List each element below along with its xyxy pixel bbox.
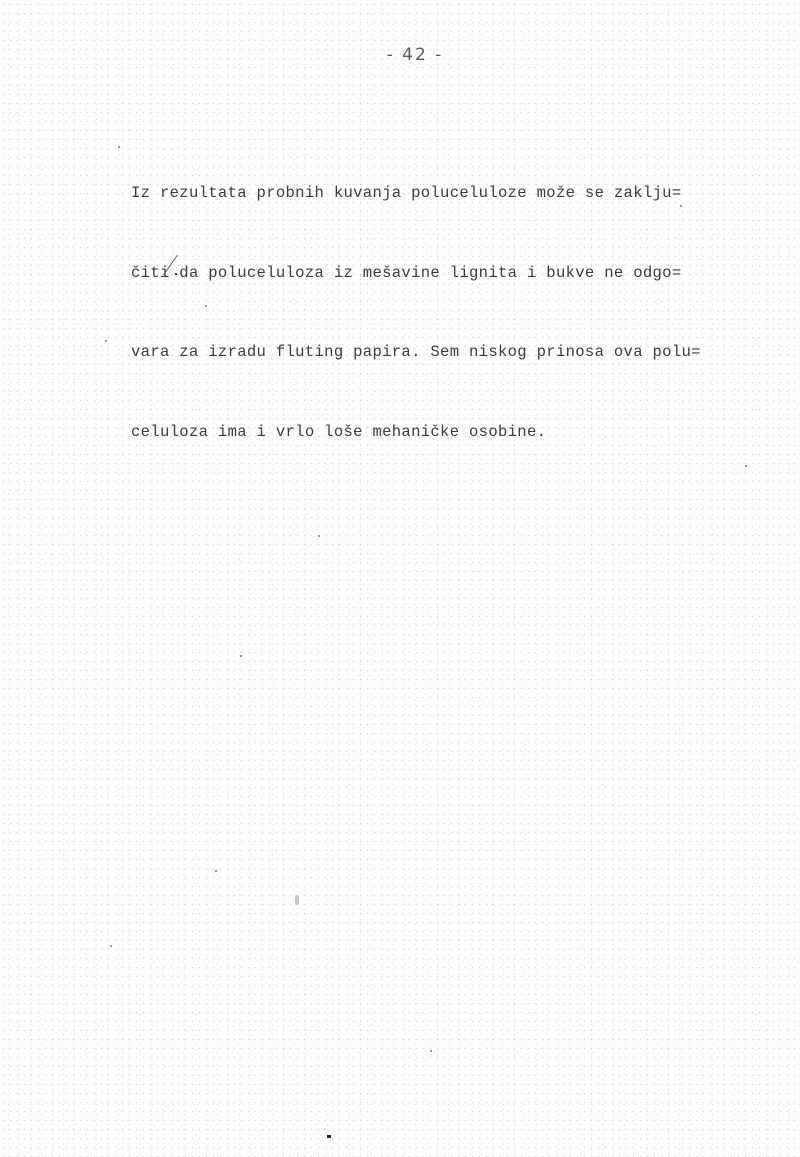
paragraph-line: celuloza ima i vrlo loše mehaničke osobi…	[131, 419, 791, 446]
scan-speck	[215, 870, 217, 872]
scan-speck	[240, 655, 242, 657]
scan-speck	[680, 205, 682, 207]
page-number: - 42 -	[0, 45, 800, 65]
stray-dot	[327, 1135, 331, 1138]
body-paragraph: Iz rezultata probnih kuvanja poluceluloz…	[131, 127, 791, 498]
stray-dot	[175, 273, 177, 275]
paragraph-line: Iz rezultata probnih kuvanja poluceluloz…	[131, 180, 791, 207]
scan-speck	[110, 945, 112, 947]
scan-speck	[105, 340, 107, 342]
scan-speck	[318, 535, 320, 537]
scan-speck	[205, 305, 207, 307]
scan-smudge	[295, 895, 299, 905]
paragraph-line: vara za izradu fluting papira. Sem nisko…	[131, 339, 791, 366]
document-page: - 42 - Iz rezultata probnih kuvanja polu…	[0, 0, 800, 1157]
paragraph-line: čiti da poluceluloza iz mešavine lignita…	[131, 260, 791, 287]
scan-speck	[118, 146, 120, 148]
scan-speck	[430, 1050, 432, 1052]
scan-speck	[745, 465, 747, 467]
